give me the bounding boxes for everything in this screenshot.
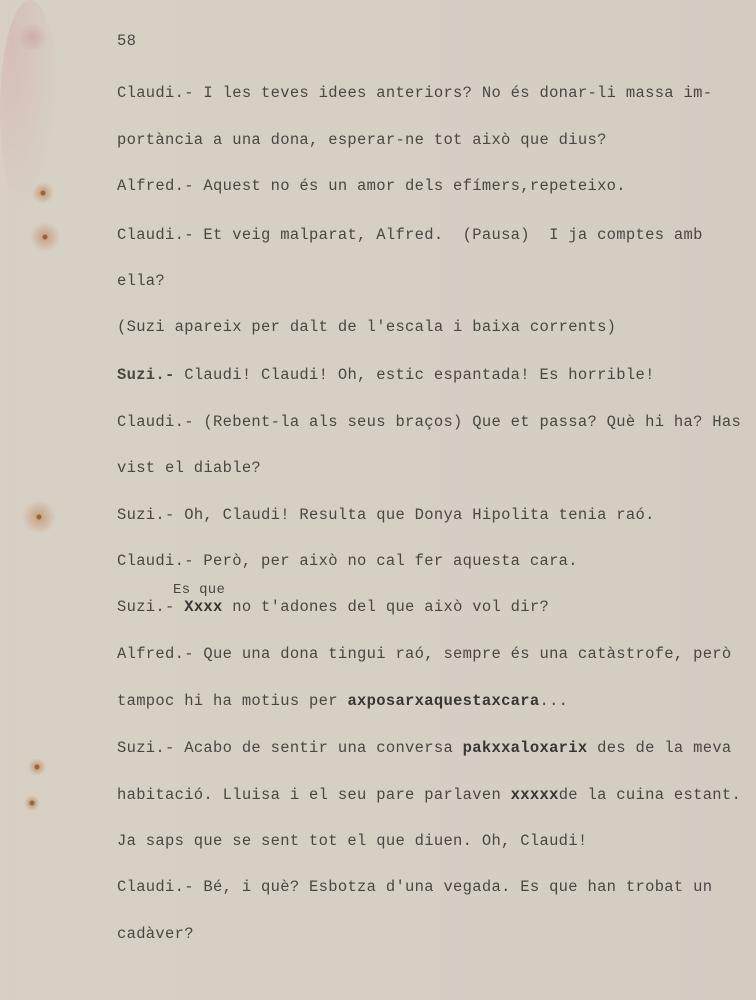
page-number: 58: [117, 32, 136, 50]
speaker-name: Alfred.-: [117, 177, 194, 195]
line-text: Acabo de sentir una conversa: [184, 739, 453, 757]
line-text: I les teves idees anteriors? No és donar…: [203, 84, 712, 102]
line-text-after: ...: [539, 692, 568, 710]
dialogue-line: Suzi.- Xxxx no t'adones del que això vol…: [117, 598, 549, 616]
dialogue-line: ella?: [117, 272, 165, 290]
dialogue-line: Alfred.- Aquest no és un amor dels efíme…: [117, 177, 626, 195]
line-text: Ja saps que se sent tot el que diuen. Oh…: [117, 832, 587, 850]
speaker-name: Claudi.-: [117, 226, 194, 244]
dialogue-line: Claudi.- Però, per això no cal fer aques…: [117, 552, 578, 570]
line-text: (Rebent-la als seus braços) Que et passa…: [203, 413, 741, 431]
speaker-name: Suzi.-: [117, 506, 175, 524]
line-text: Que una dona tingui raó, sempre és una c…: [203, 645, 731, 663]
dialogue-line: Claudi.- Bé, i què? Esbotza d'una vegada…: [117, 878, 712, 896]
line-text: (Suzi apareix per dalt de l'escala i bai…: [117, 318, 616, 336]
line-text: Et veig malparat, Alfred. (Pausa) I ja c…: [203, 226, 702, 244]
struck-text: Xxxx: [184, 598, 222, 616]
handwritten-insertion: Es que: [173, 582, 225, 598]
typewritten-page: 58 Claudi.- I les teves idees anteriors?…: [0, 0, 756, 1000]
line-text: habitació. Lluisa i el seu pare parlaven: [117, 786, 501, 804]
line-text: tampoc hi ha motius per: [117, 692, 338, 710]
line-text: Aquest no és un amor dels efímers,repete…: [203, 177, 625, 195]
line-text: portància a una dona, esperar-ne tot aix…: [117, 131, 607, 149]
rust-spot: [30, 222, 60, 252]
pink-stain-small: [15, 25, 50, 50]
speaker-name: Suzi.-: [117, 366, 175, 384]
struck-text: xxxxx: [511, 786, 559, 804]
dialogue-line: Claudi.- I les teves idees anteriors? No…: [117, 84, 712, 102]
dialogue-line: Suzi.- Claudi! Claudi! Oh, estic espanta…: [117, 366, 655, 384]
rust-spot: [32, 182, 54, 204]
dialogue-line: Claudi.- Et veig malparat, Alfred. (Paus…: [117, 226, 703, 244]
line-text: Bé, i què? Esbotza d'una vegada. Es que …: [203, 878, 712, 896]
line-text: vist el diable?: [117, 459, 261, 477]
dialogue-line: Ja saps que se sent tot el que diuen. Oh…: [117, 832, 587, 850]
speaker-name: Claudi.-: [117, 413, 194, 431]
dialogue-line: vist el diable?: [117, 459, 261, 477]
line-text: Oh, Claudi! Resulta que Donya Hipolita t…: [184, 506, 654, 524]
dialogue-line: Suzi.- Acabo de sentir una conversa pakx…: [117, 739, 732, 757]
dialogue-line: Alfred.- Que una dona tingui raó, sempre…: [117, 645, 732, 663]
dialogue-line: portància a una dona, esperar-ne tot aix…: [117, 131, 607, 149]
dialogue-line: tampoc hi ha motius per axposarxaquestax…: [117, 692, 568, 710]
stage-direction: (Suzi apareix per dalt de l'escala i bai…: [117, 318, 616, 336]
struck-text: pakxxaloxarix: [463, 739, 588, 757]
line-text-after: de la cuina estant.: [559, 786, 741, 804]
line-text: Claudi! Claudi! Oh, estic espantada! Es …: [184, 366, 654, 384]
dialogue-line: Claudi.- (Rebent-la als seus braços) Que…: [117, 413, 741, 431]
line-text: ella?: [117, 272, 165, 290]
speaker-name: Suzi.-: [117, 598, 175, 616]
speaker-name: Claudi.-: [117, 552, 194, 570]
dialogue-line: cadàver?: [117, 925, 194, 943]
line-text-after: des de la meva: [597, 739, 731, 757]
line-text: no t'adones del que això vol dir?: [232, 598, 549, 616]
speaker-name: Claudi.-: [117, 84, 194, 102]
struck-text: axposarxaquestaxcara: [347, 692, 539, 710]
rust-spot: [22, 500, 56, 534]
speaker-name: Claudi.-: [117, 878, 194, 896]
line-text: Però, per això no cal fer aquesta cara.: [203, 552, 577, 570]
rust-spot: [28, 758, 46, 776]
speaker-name: Alfred.-: [117, 645, 194, 663]
line-text: cadàver?: [117, 925, 194, 943]
rust-spot: [24, 795, 40, 811]
dialogue-line: Suzi.- Oh, Claudi! Resulta que Donya Hip…: [117, 506, 655, 524]
speaker-name: Suzi.-: [117, 739, 175, 757]
dialogue-line: habitació. Lluisa i el seu pare parlaven…: [117, 786, 741, 804]
